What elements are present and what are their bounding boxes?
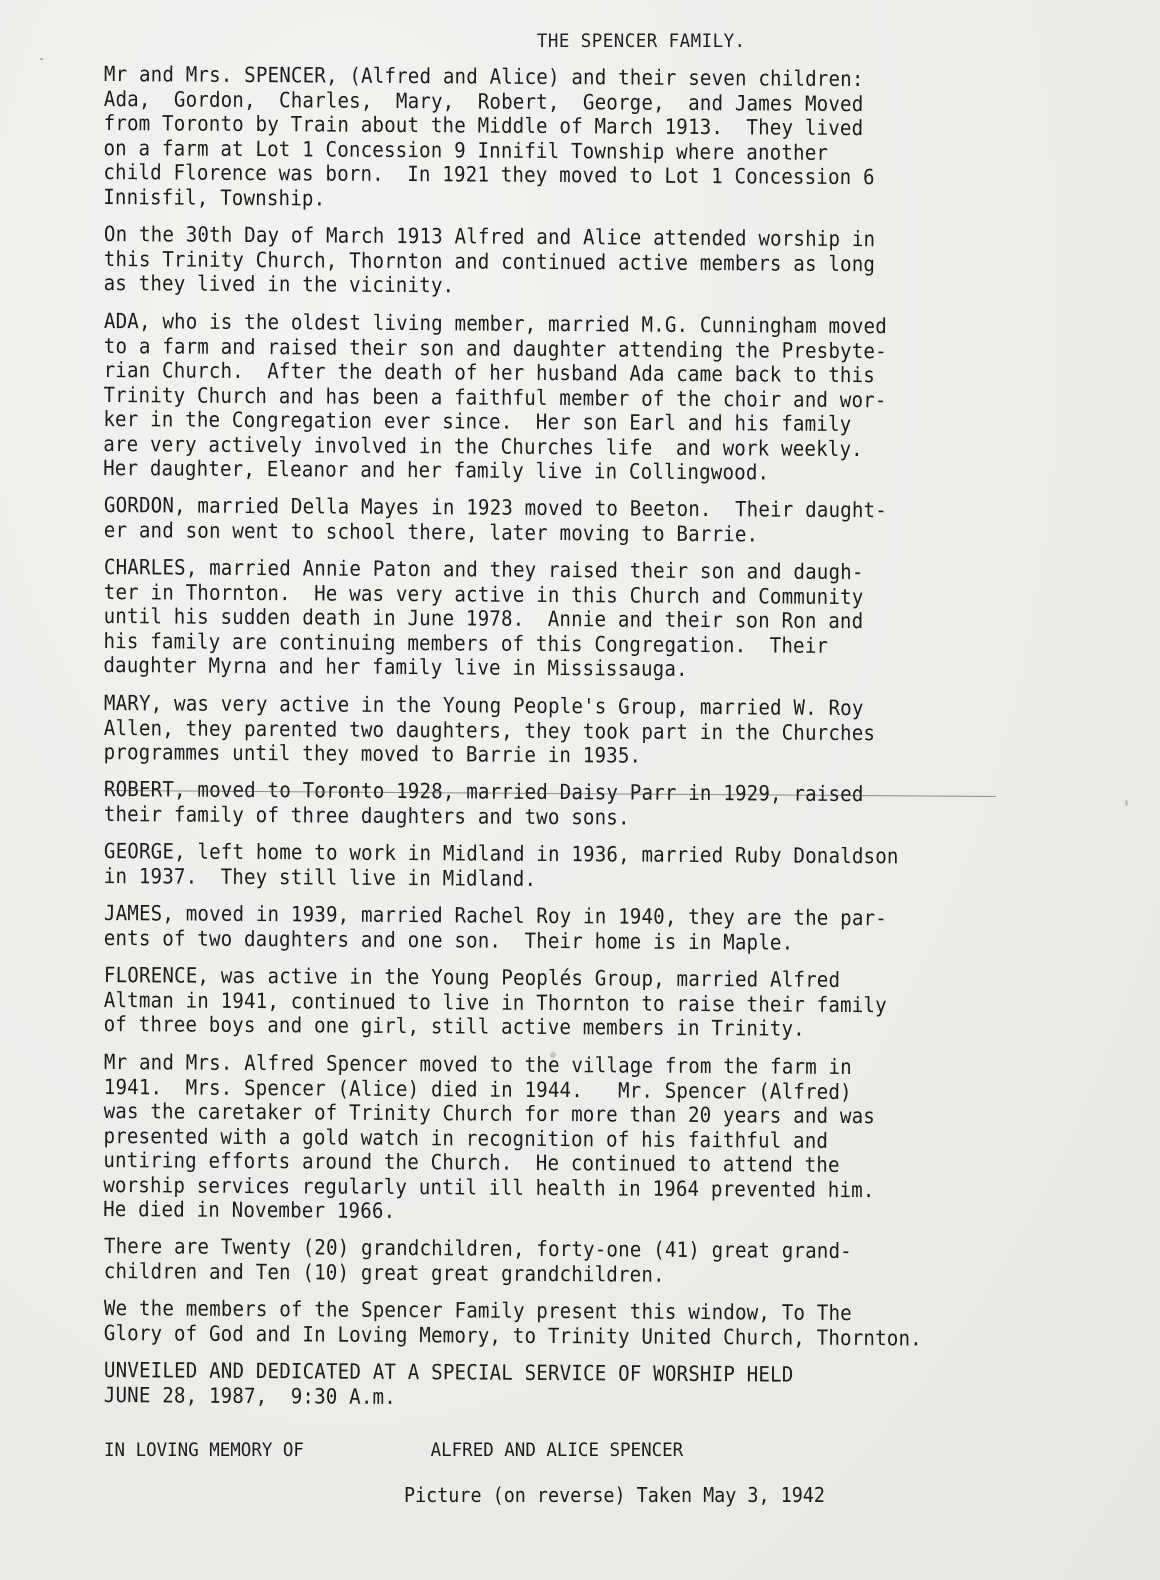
paragraph-florence: FLORENCE, was active in the Young Peoplé… — [104, 963, 1023, 1043]
text-line: daughter Myrna and her family live in Mi… — [103, 653, 1022, 684]
text-line: JUNE 28, 1987, 9:30 A.m. — [104, 1382, 1023, 1413]
paragraph-ada: ADA, who is the oldest living member, ma… — [103, 309, 1023, 487]
paper-speck — [550, 1052, 556, 1058]
memorial-line: IN LOVING MEMORY OF ALFRED AND ALICE SPE… — [104, 1439, 1033, 1461]
paragraph-charles: CHARLES, married Annie Paton and they ra… — [103, 555, 1023, 684]
paragraph-unveiled: UNVEILED AND DEDICATED AT A SPECIAL SERV… — [104, 1358, 1023, 1413]
paragraph-gordon: GORDON, married Della Mayes in 1923 move… — [104, 493, 1023, 548]
paragraph-intro: Mr and Mrs. SPENCER, (Alfred and Alice) … — [103, 62, 1023, 215]
paragraph-robert: ROBERT, moved to Toronto 1928, married D… — [104, 777, 1023, 832]
paragraph-george: GEORGE, left home to work in Midland in … — [104, 839, 1023, 894]
text-line: Glory of God and In Loving Memory, to Tr… — [104, 1320, 1023, 1351]
picture-note: Picture (on reverse) Taken May 3, 1942 — [404, 1483, 1057, 1507]
document-title: THE SPENCER FAMILY. — [144, 30, 1073, 52]
paragraph-james: JAMES, moved in 1939, married Rachel Roy… — [104, 901, 1023, 956]
text-line: as they lived in the vicinity. — [104, 271, 1023, 302]
paper-speck — [40, 58, 43, 60]
text-line: Innisfil, Township. — [103, 184, 1022, 215]
text-line: their family of three daughters and two … — [104, 801, 1023, 832]
document-body: Mr and Mrs. SPENCER, (Alfred and Alice) … — [104, 62, 1114, 1407]
paper-speck — [1125, 800, 1128, 806]
paragraph-mary: MARY, was very active in the Young Peopl… — [104, 691, 1023, 771]
paragraph-worship: On the 30th Day of March 1913 Alfred and… — [104, 222, 1023, 302]
paragraph-dedication: We the members of the Spencer Family pre… — [104, 1296, 1023, 1351]
text-line: children and Ten (10) great great grandc… — [104, 1258, 1023, 1289]
memorial-names: ALFRED AND ALICE SPENCER — [431, 1439, 684, 1461]
paragraph-parents-later: Mr and Mrs. Alfred Spencer moved to the … — [103, 1050, 1023, 1228]
memorial-label: IN LOVING MEMORY OF — [104, 1439, 431, 1461]
document-page: THE SPENCER FAMILY. Mr and Mrs. SPENCER,… — [104, 30, 1114, 1507]
paragraph-descendants: There are Twenty (20) grandchildren, for… — [104, 1234, 1023, 1289]
